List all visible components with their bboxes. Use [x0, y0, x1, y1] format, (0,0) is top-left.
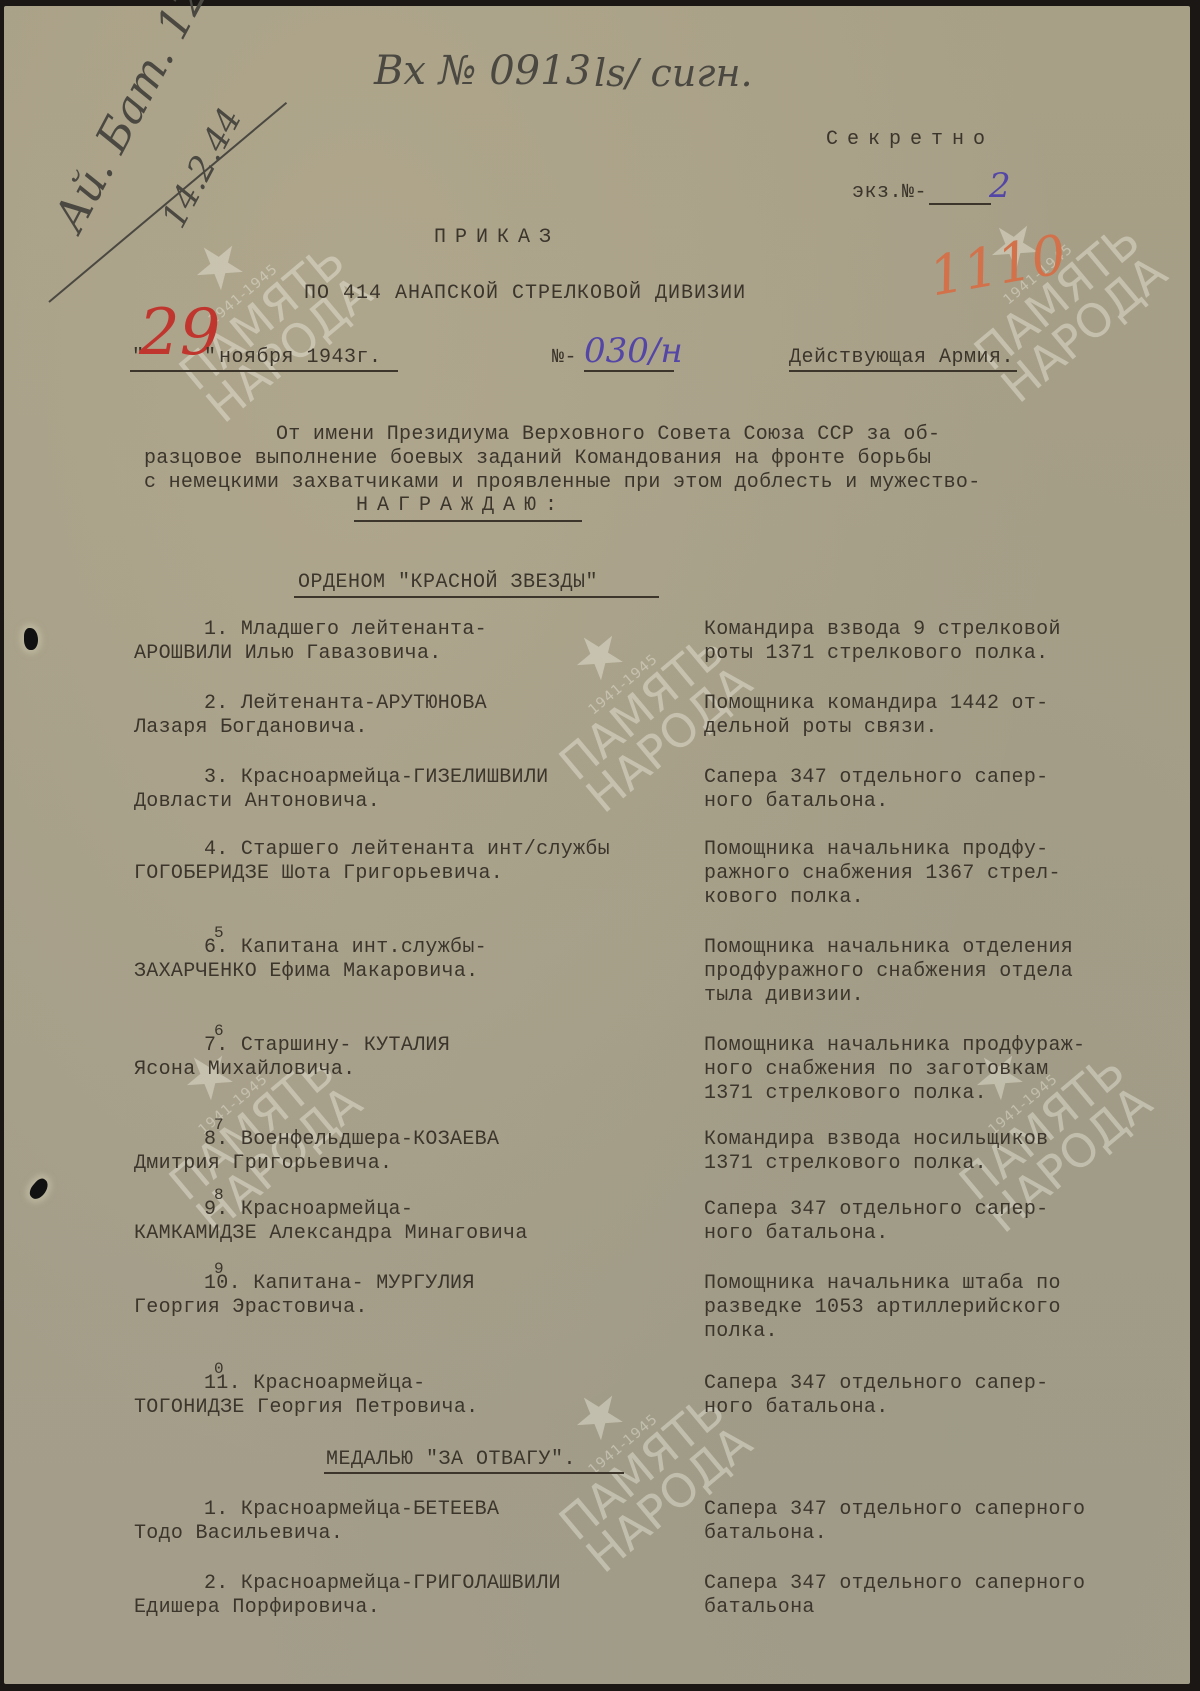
- position-line: кового полка.: [704, 886, 1174, 910]
- awardee-rank: 1. Красноармейца-БЕТЕЕВА: [134, 1498, 694, 1522]
- awardee-fullname: Георгия Эрастовича.: [134, 1296, 694, 1320]
- position-line: продфуражного снабжения отдела: [704, 960, 1174, 984]
- awardee-fullname: Дмитрия Григорьевича.: [134, 1152, 694, 1176]
- awardee-fullname: Лазаря Богдановича.: [134, 716, 694, 740]
- document-page: ★ 1941-1945 ПАМЯТЬ НАРОДА ★ 1941-1945 ПА…: [4, 6, 1190, 1684]
- copy-number-underline: [929, 203, 991, 205]
- document-subtitle: ПО 414 АНАПСКОЙ СТРЕЛКОВОЙ ДИВИЗИИ: [304, 282, 746, 305]
- classification-label: Секретно: [826, 128, 994, 151]
- awardee-name: 7. Старшину- КУТАЛИЯЯсона Михайловича.6: [134, 1034, 694, 1082]
- position-line: Командира взвода носильщиков: [704, 1128, 1174, 1152]
- awardee-fullname: ЗАХАРЧЕНКО Ефима Макаровича.: [134, 960, 694, 984]
- position-line: ражного снабжения 1367 стрел-: [704, 862, 1174, 886]
- awardee-rank: 2. Лейтенанта-АРУТЮНОВА: [134, 692, 694, 716]
- awardee-position: Помощника начальника продфураж-ного снаб…: [704, 1034, 1174, 1106]
- awardee-fullname: ТОГОНИДЗЕ Георгия Петровича.: [134, 1396, 694, 1420]
- order-number-label: №-: [552, 346, 577, 369]
- awardee-position: Сапера 347 отдельного саперногобатальона…: [704, 1498, 1174, 1546]
- awardee-position: Помощника командира 1442 от-дельной роты…: [704, 692, 1174, 740]
- awardee-name: 3. Красноармейца-ГИЗЕЛИШВИЛИДовласти Ант…: [134, 766, 694, 814]
- location: Действующая Армия.: [789, 346, 1014, 369]
- section-heading-red-star: ОРДЕНОМ "КРАСНОЙ ЗВЕЗДЫ": [298, 571, 598, 594]
- position-line: роты 1371 стрелкового полка.: [704, 642, 1174, 666]
- awardee-fullname: Едишера Порфировича.: [134, 1596, 694, 1620]
- date-underline: [130, 370, 398, 372]
- position-line: Помощника начальника отделения: [704, 936, 1174, 960]
- awardee-fullname: Довласти Антоновича.: [134, 790, 694, 814]
- position-line: Сапера 347 отдельного саперного: [704, 1572, 1174, 1596]
- position-line: разведке 1053 артиллерийского: [704, 1296, 1174, 1320]
- awardee-name: 2. Красноармейца-ГРИГОЛАШВИЛИЕдишера Пор…: [134, 1572, 694, 1620]
- corrected-number: 8: [214, 1186, 224, 1204]
- date-month-year: ноября 1943г.: [219, 346, 382, 369]
- position-line: ного батальона.: [704, 790, 1174, 814]
- awardee-name: 6. Капитана инт.службы-ЗАХАРЧЕНКО Ефима …: [134, 936, 694, 984]
- position-line: полка.: [704, 1320, 1174, 1344]
- awardee-position: Сапера 347 отдельного сапер-ного батальо…: [704, 1372, 1174, 1420]
- order-number: 030/н: [584, 331, 683, 371]
- archive-signature-top: ls/ сигн.: [594, 51, 753, 95]
- awardee-position: Сапера 347 отдельного сапер-ного батальо…: [704, 1198, 1174, 1246]
- position-line: Сапера 347 отдельного саперного: [704, 1498, 1174, 1522]
- awardee-position: Помощника начальника отделенияпродфуражн…: [704, 936, 1174, 1008]
- awardee-position: Помощника начальника продфу-ражного снаб…: [704, 838, 1174, 910]
- awardee-name: 10. Капитана- МУРГУЛИЯГеоргия Эрастовича…: [134, 1272, 694, 1320]
- corrected-number: 0: [214, 1360, 224, 1378]
- section-heading-underline: [324, 1472, 624, 1474]
- position-line: батальона: [704, 1596, 1174, 1620]
- position-line: Помощника начальника штаба по: [704, 1272, 1174, 1296]
- award-verb: НАГРАЖДАЮ:: [356, 494, 566, 517]
- position-line: дельной роты связи.: [704, 716, 1174, 740]
- copy-number: 2: [989, 166, 1011, 206]
- awardee-position: Помощника начальника штаба поразведке 10…: [704, 1272, 1174, 1344]
- preamble-line: От имени Президиума Верховного Совета Со…: [276, 423, 940, 447]
- corrected-number: 5: [214, 924, 224, 942]
- date-quote-close: ": [204, 346, 217, 369]
- awardee-fullname: ГОГОБЕРИДЗЕ Шота Григорьевича.: [134, 862, 694, 886]
- awardee-fullname: Тодо Васильевича.: [134, 1522, 694, 1546]
- copy-label: экз.№-: [852, 181, 927, 204]
- position-line: Помощника командира 1442 от-: [704, 692, 1174, 716]
- corrected-number: 9: [214, 1260, 224, 1278]
- awardee-name: 1. Младшего лейтенанта-АРОШВИЛИ Илью Гав…: [134, 618, 694, 666]
- awardee-fullname: АРОШВИЛИ Илью Гавазовича.: [134, 642, 694, 666]
- corrected-number: 7: [214, 1116, 224, 1134]
- order-number-underline: [584, 370, 674, 372]
- punch-hole-bottom: [27, 1176, 52, 1202]
- awardee-rank: 3. Красноармейца-ГИЗЕЛИШВИЛИ: [134, 766, 694, 790]
- punch-hole-top: [24, 628, 38, 650]
- position-line: ного батальона.: [704, 1222, 1174, 1246]
- awardee-rank: 1. Младшего лейтенанта-: [134, 618, 694, 642]
- award-verb-underline: [354, 520, 582, 522]
- awardee-rank: 4. Старшего лейтенанта инт/службы: [134, 838, 694, 862]
- awardee-fullname: Ясона Михайловича.: [134, 1058, 694, 1082]
- position-line: Помощника начальника продфураж-: [704, 1034, 1174, 1058]
- awardee-position: Сапера 347 отдельного сапер-ного батальо…: [704, 766, 1174, 814]
- awardee-name: 8. Военфельдшера-КОЗАЕВАДмитрия Григорье…: [134, 1128, 694, 1176]
- awardee-position: Командира взвода 9 стрелковойроты 1371 с…: [704, 618, 1174, 666]
- corrected-number: 6: [214, 1022, 224, 1040]
- position-line: Командира взвода 9 стрелковой: [704, 618, 1174, 642]
- position-line: батальона.: [704, 1522, 1174, 1546]
- preamble-line: с немецкими захватчиками и проявленные п…: [144, 471, 981, 495]
- document-title: ПРИКАЗ: [434, 226, 560, 249]
- position-line: Помощника начальника продфу-: [704, 838, 1174, 862]
- awardee-fullname: КАМКАМИДЗЕ Александра Минаговича: [134, 1222, 694, 1246]
- position-line: Сапера 347 отдельного сапер-: [704, 1198, 1174, 1222]
- awardee-name: 11. Красноармейца-ТОГОНИДЗЕ Георгия Петр…: [134, 1372, 694, 1420]
- location-underline: [789, 370, 1017, 372]
- awardee-position: Командира взвода носильщиков1371 стрелко…: [704, 1128, 1174, 1176]
- position-line: 1371 стрелкового полка.: [704, 1152, 1174, 1176]
- position-line: Сапера 347 отдельного сапер-: [704, 1372, 1174, 1396]
- section-heading-underline: [294, 596, 659, 598]
- section-heading-bravery-medal: МЕДАЛЬЮ "ЗА ОТВАГУ".: [326, 1448, 576, 1471]
- awardee-name: 4. Старшего лейтенанта инт/службыГОГОБЕР…: [134, 838, 694, 886]
- position-line: ного батальона.: [704, 1396, 1174, 1420]
- position-line: 1371 стрелкового полка.: [704, 1082, 1174, 1106]
- awardee-name: 2. Лейтенанта-АРУТЮНОВАЛазаря Богданович…: [134, 692, 694, 740]
- awardee-rank: 2. Красноармейца-ГРИГОЛАШВИЛИ: [134, 1572, 694, 1596]
- preamble-line: разцовое выполнение боевых заданий Коман…: [144, 447, 931, 471]
- awardee-position: Сапера 347 отдельного саперногобатальона: [704, 1572, 1174, 1620]
- awardee-name: 1. Красноармейца-БЕТЕЕВАТодо Васильевича…: [134, 1498, 694, 1546]
- archive-note-top: Вх № 0913: [374, 48, 591, 94]
- position-line: ного снабжения по заготовкам: [704, 1058, 1174, 1082]
- awardee-name: 9. Красноармейца-КАМКАМИДЗЕ Александра М…: [134, 1198, 694, 1246]
- position-line: Сапера 347 отдельного сапер-: [704, 766, 1174, 790]
- position-line: тыла дивизии.: [704, 984, 1174, 1008]
